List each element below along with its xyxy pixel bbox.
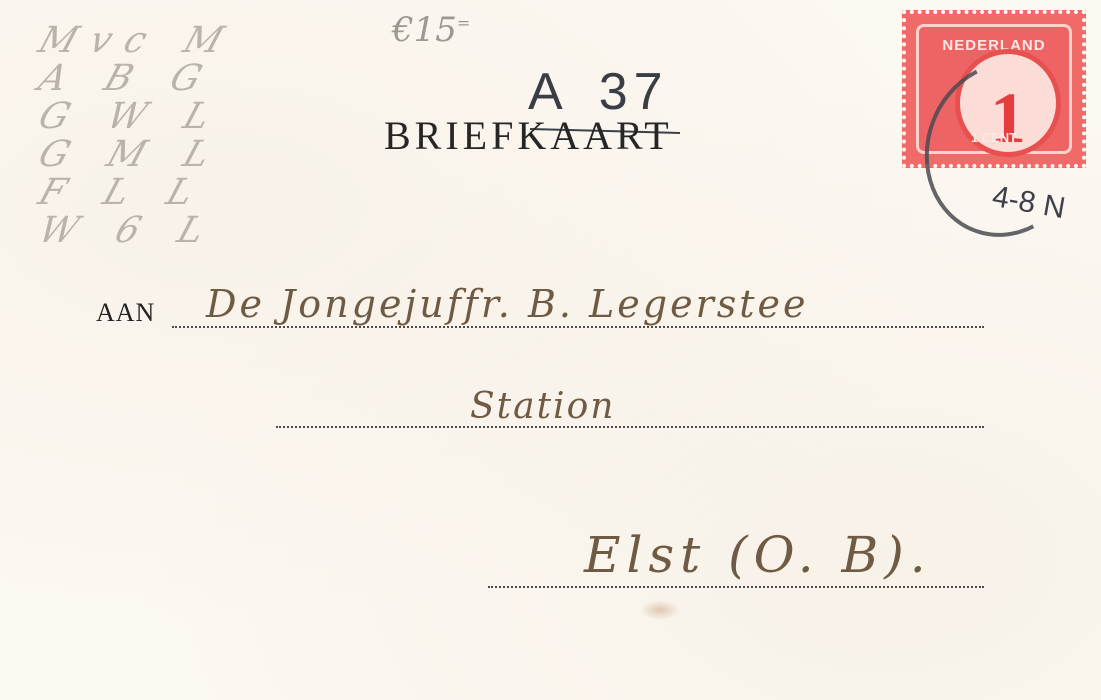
- pencil-note-line: Mvc M: [34, 22, 286, 60]
- pencil-note-line: G W L: [34, 98, 286, 136]
- address-line-3: [488, 586, 984, 588]
- price-value: €15: [392, 10, 457, 50]
- pencil-note-line: G M L: [34, 136, 286, 174]
- address-label: AAN: [96, 298, 155, 328]
- postcard: Mvc M A B G G W L G M L F L L W 6 L €15=…: [0, 0, 1101, 700]
- price-suffix: =: [457, 14, 470, 33]
- pencil-note-line: A B G: [34, 60, 286, 98]
- pencil-notes: Mvc M A B G G W L G M L F L L W 6 L: [40, 22, 280, 282]
- price-note: €15=: [392, 10, 470, 50]
- address-line-1: [172, 326, 984, 328]
- pencil-note-line: W 6 L: [34, 212, 286, 250]
- card-title: BRIEFKAART: [384, 112, 673, 159]
- address-city: Elst (O. B).: [584, 526, 932, 584]
- address-recipient: De Jongejuffr. B. Legerstee: [206, 282, 809, 326]
- paper-stain: [640, 600, 680, 620]
- address-station: Station: [470, 386, 615, 427]
- address-line-2: [276, 426, 984, 428]
- pencil-note-line: F L L: [34, 174, 286, 212]
